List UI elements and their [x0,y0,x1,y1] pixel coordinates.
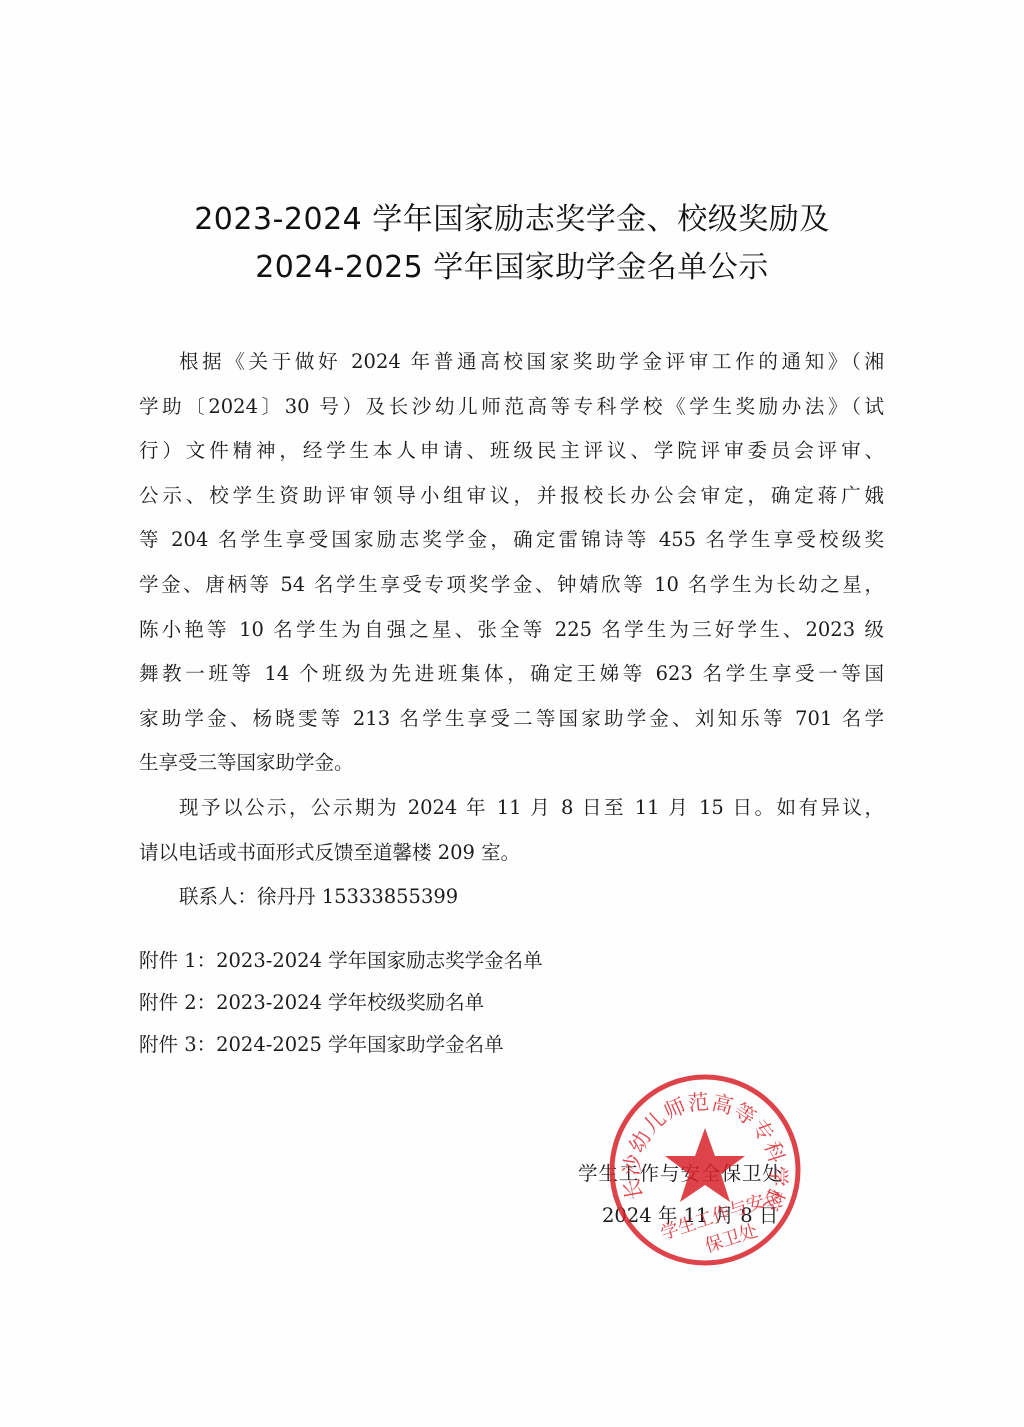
body-line: 生享受三等国家助学金。 [139,741,884,786]
attachment-item: 附件 1：2023-2024 学年国家励志奖学金名单 [139,940,543,982]
document-body: 根据《关于做好 2024 年普通高校国家奖助学金评审工作的通知》（湘 学助〔20… [139,340,884,920]
attachment-item: 附件 3：2024-2025 学年国家助学金名单 [139,1024,543,1066]
paragraph-notice-period: 现予以公示，公示期为 2024 年 11 月 8 日至 11 月 15 日。如有… [139,786,884,875]
body-line: 陈小艳等 10 名学生为自强之星、张全等 225 名学生为三好学生、2023 级 [139,608,884,653]
paragraph-contact: 联系人：徐丹丹 15333855399 [139,875,884,920]
official-seal-icon: 长沙幼儿师范高等专科学校 学生工作与安全 保卫处 [605,1070,805,1270]
contact-line: 联系人：徐丹丹 15333855399 [139,875,884,920]
attachment-item: 附件 2：2023-2024 学年校级奖励名单 [139,982,543,1024]
title-line-2: 2024-2025 学年国家助学金名单公示 [0,244,1024,292]
star-icon [665,1128,745,1202]
body-line: 家助学金、杨晓雯等 213 名学生享受二等国家助学金、刘知乐等 701 名学 [139,697,884,742]
body-line: 请以电话或书面形式反馈至道馨楼 209 室。 [139,831,884,876]
document-title: 2023-2024 学年国家励志奖学金、校级奖励及 2024-2025 学年国家… [0,196,1024,292]
body-line: 等 204 名学生享受国家励志奖学金，确定雷锦诗等 455 名学生享受校级奖 [139,518,884,563]
body-line: 根据《关于做好 2024 年普通高校国家奖助学金评审工作的通知》（湘 [139,340,884,385]
body-line: 学助〔2024〕30 号）及长沙幼儿师范高等专科学校《学生奖励办法》（试 [139,385,884,430]
title-line-1: 2023-2024 学年国家励志奖学金、校级奖励及 [0,196,1024,244]
paragraph-main: 根据《关于做好 2024 年普通高校国家奖助学金评审工作的通知》（湘 学助〔20… [139,340,884,786]
body-line: 行）文件精神，经学生本人申请、班级民主评议、学院评审委员会评审、 [139,429,884,474]
body-line: 现予以公示，公示期为 2024 年 11 月 8 日至 11 月 15 日。如有… [139,786,884,831]
body-line: 舞教一班等 14 个班级为先进班集体，确定王娣等 623 名学生享受一等国 [139,652,884,697]
body-line: 学金、唐柄等 54 名学生享受专项奖学金、钟婧欣等 10 名学生为长幼之星， [139,563,884,608]
body-line: 公示、校学生资助评审领导小组审议，并报校长办公会审定，确定蒋广娥 [139,474,884,519]
attachments-list: 附件 1：2023-2024 学年国家励志奖学金名单 附件 2：2023-202… [139,940,543,1066]
document-page: 2023-2024 学年国家励志奖学金、校级奖励及 2024-2025 学年国家… [0,0,1024,1427]
